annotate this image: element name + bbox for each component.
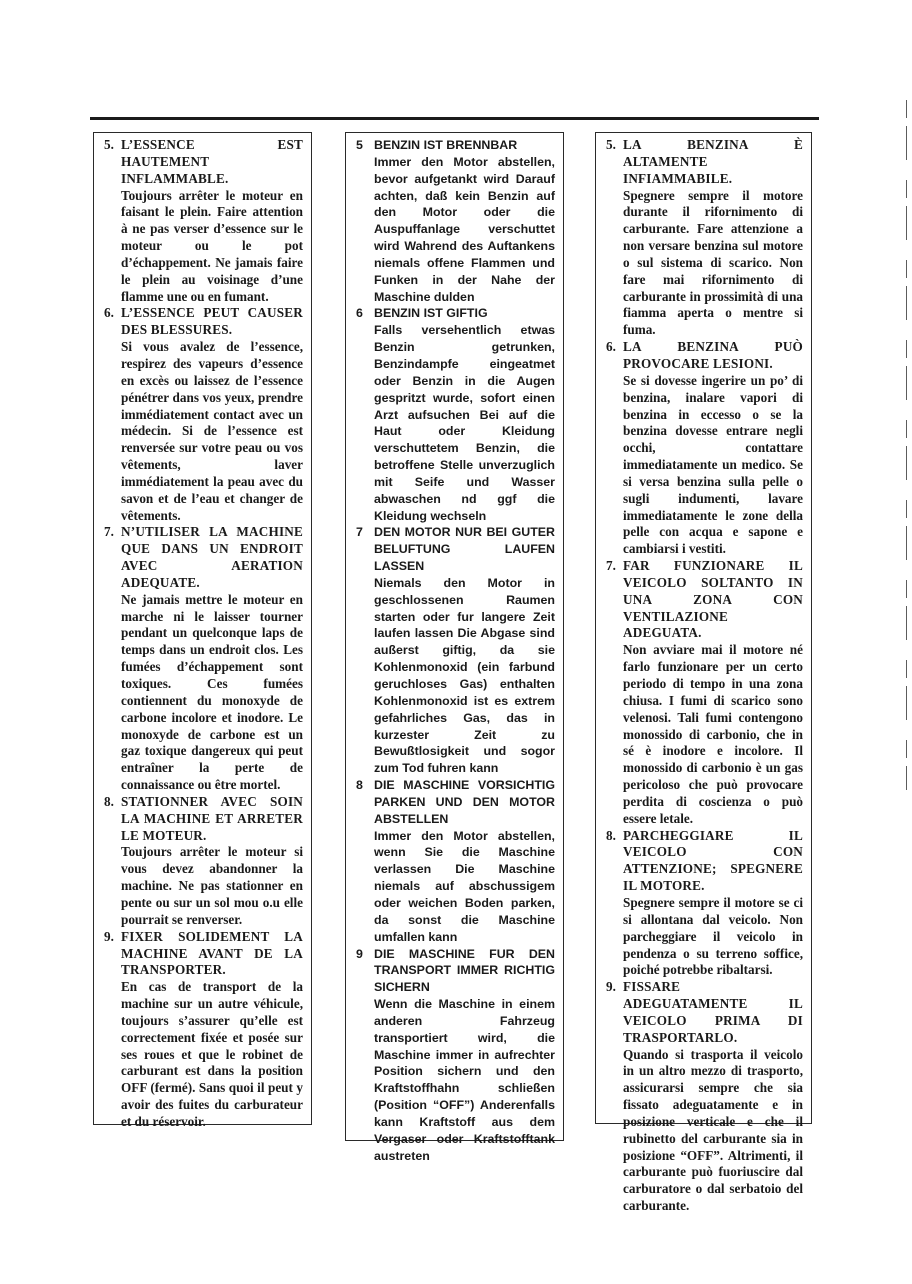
item-body: Falls versehentlich etwas Benzin getrunk… (374, 322, 555, 524)
item-number: 9. (606, 979, 623, 1215)
column-french: 5. L’ESSENCE EST HAUTEMENT INFLAMMABLE. … (93, 132, 312, 1125)
item-number: 6 (356, 305, 374, 524)
item-heading: DIE MASCHINE VORSICHTIG PARKEN UND DEN M… (374, 777, 555, 828)
safety-item-8: 8. STATIONNER AVEC SOIN LA MACHINE ET AR… (104, 794, 303, 929)
item-number: 5 (356, 137, 374, 305)
item-body: Se si dovesse ingerire un po’ di benzina… (623, 373, 803, 558)
item-heading: BENZIN IST BRENNBAR (374, 137, 555, 154)
item-number: 7 (356, 524, 374, 777)
scan-artifact-line (906, 100, 907, 790)
item-heading: LA BENZINA PUÒ PROVOCARE LESIONI. (623, 339, 803, 373)
item-body: Wenn die Maschine in einem anderen Fahrz… (374, 996, 555, 1164)
item-heading: BENZIN IST GIFTIG (374, 305, 555, 322)
item-number: 6. (104, 305, 121, 524)
item-body: Quando si trasporta il veicolo in un alt… (623, 1047, 803, 1215)
item-heading: STATIONNER AVEC SOIN LA MACHINE ET ARRET… (121, 794, 303, 845)
item-body: Ne jamais mettre le moteur en marche ni … (121, 592, 303, 794)
safety-item-5: 5. LA BENZINA È ALTAMENTE INFIAMMABILE. … (606, 137, 803, 339)
safety-item-9: 9. FIXER SOLIDEMENT LA MACHINE AVANT DE … (104, 929, 303, 1131)
safety-item-8: 8 DIE MASCHINE VORSICHTIG PARKEN UND DEN… (356, 777, 555, 945)
item-heading: LA BENZINA È ALTAMENTE INFIAMMABILE. (623, 137, 803, 188)
safety-item-7: 7. N’UTILISER LA MACHINE QUE DANS UN END… (104, 524, 303, 794)
item-heading: FIXER SOLIDEMENT LA MACHINE AVANT DE LA … (121, 929, 303, 980)
safety-item-5: 5 BENZIN IST BRENNBAR Immer den Motor ab… (356, 137, 555, 305)
item-number: 5. (606, 137, 623, 339)
item-body: En cas de transport de la machine sur un… (121, 979, 303, 1131)
item-heading: DEN MOTOR NUR BEI GUTER BELUFTUNG LAUFEN… (374, 524, 555, 575)
item-body: Non avviare mai il motore né farlo funzi… (623, 642, 803, 827)
item-body: Immer den Motor abstellen, bevor aufgeta… (374, 154, 555, 306)
item-number: 9. (104, 929, 121, 1131)
top-horizontal-rule (90, 117, 819, 120)
item-body: Si vous avalez de l’essence, respirez de… (121, 339, 303, 524)
item-number: 6. (606, 339, 623, 558)
item-number: 9 (356, 946, 374, 1165)
safety-item-9: 9. FISSARE ADEGUATAMENTE IL VEICOLO PRIM… (606, 979, 803, 1215)
item-heading: FISSARE ADEGUATAMENTE IL VEICOLO PRIMA D… (623, 979, 803, 1046)
item-body: Toujours arrêter le moteur en faisant le… (121, 188, 303, 306)
item-body: Spegnere sempre il motore durante il rif… (623, 188, 803, 340)
item-number: 7. (606, 558, 623, 828)
item-body: Niemals den Motor in geschlossenen Raume… (374, 575, 555, 777)
safety-item-6: 6. LA BENZINA PUÒ PROVOCARE LESIONI. Se … (606, 339, 803, 558)
item-number: 8. (104, 794, 121, 929)
item-heading: PARCHEGGIARE IL VEICOLO CON ATTENZIONE; … (623, 828, 803, 895)
item-heading: FAR FUNZIONARE IL VEICOLO SOLTANTO IN UN… (623, 558, 803, 642)
column-german: 5 BENZIN IST BRENNBAR Immer den Motor ab… (345, 132, 564, 1141)
safety-item-6: 6 BENZIN IST GIFTIG Falls versehentlich … (356, 305, 555, 524)
item-number: 8. (606, 828, 623, 980)
safety-item-7: 7. FAR FUNZIONARE IL VEICOLO SOLTANTO IN… (606, 558, 803, 828)
safety-item-8: 8. PARCHEGGIARE IL VEICOLO CON ATTENZION… (606, 828, 803, 980)
item-body: Spegnere sempre il motore se ci si allon… (623, 895, 803, 979)
item-heading: L’ESSENCE PEUT CAUSER DES BLESSURES. (121, 305, 303, 339)
safety-item-5: 5. L’ESSENCE EST HAUTEMENT INFLAMMABLE. … (104, 137, 303, 305)
item-number: 8 (356, 777, 374, 945)
item-heading: L’ESSENCE EST HAUTEMENT INFLAMMABLE. (121, 137, 303, 188)
item-heading: DIE MASCHINE FUR DEN TRANSPORT IMMER RIC… (374, 946, 555, 997)
safety-item-9: 9 DIE MASCHINE FUR DEN TRANSPORT IMMER R… (356, 946, 555, 1165)
safety-item-7: 7 DEN MOTOR NUR BEI GUTER BELUFTUNG LAUF… (356, 524, 555, 777)
column-italian: 5. LA BENZINA È ALTAMENTE INFIAMMABILE. … (595, 132, 812, 1124)
item-body: Immer den Motor abstellen, wenn Sie die … (374, 828, 555, 946)
item-number: 7. (104, 524, 121, 794)
item-heading: N’UTILISER LA MACHINE QUE DANS UN ENDROI… (121, 524, 303, 591)
item-body: Toujours arrêter le moteur si vous devez… (121, 844, 303, 928)
safety-item-6: 6. L’ESSENCE PEUT CAUSER DES BLESSURES. … (104, 305, 303, 524)
item-number: 5. (104, 137, 121, 305)
